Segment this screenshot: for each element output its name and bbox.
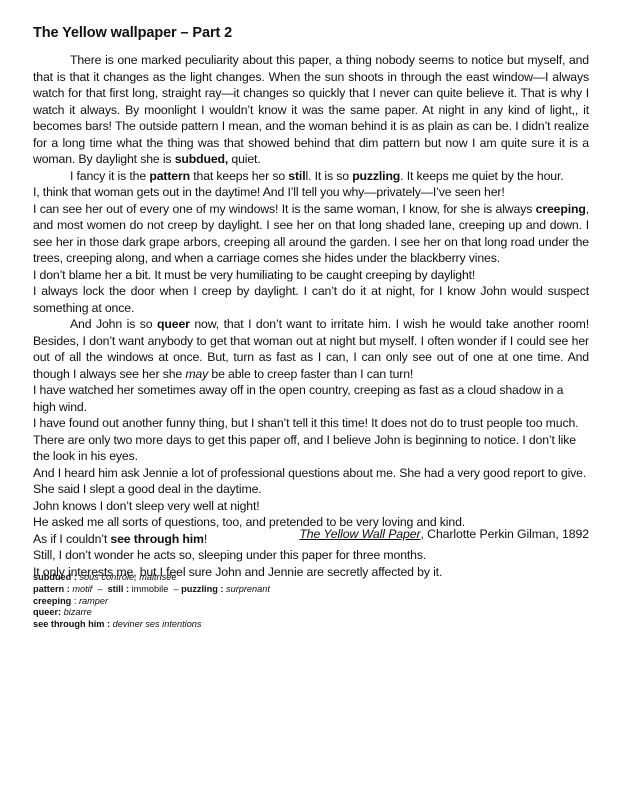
glossary-separator: – xyxy=(92,584,107,594)
document-title: The Yellow wallpaper – Part 2 xyxy=(33,24,589,42)
text-segment: . It keeps me quiet by the hour. xyxy=(400,169,563,183)
glossary-separator: immobile – xyxy=(132,584,182,594)
vocabulary-glossary: subdued : sous contrôle, maitriséepatter… xyxy=(33,572,270,631)
text-segment: quiet. xyxy=(228,152,260,166)
vocab-highlight: creeping xyxy=(536,202,586,216)
text-segment: be able to creep faster than I can turn! xyxy=(208,367,413,381)
glossary-term: subdued : xyxy=(33,572,79,582)
glossary-translation: sous contrôle, maitrisée xyxy=(79,572,176,582)
glossary-entry: creeping : ramper xyxy=(33,596,270,608)
text-segment: I always lock the door when I creep by d… xyxy=(33,284,589,315)
text-segment: l. It is so xyxy=(305,169,352,183)
paragraph: I, think that woman gets out in the dayt… xyxy=(33,184,589,201)
paragraph: I always lock the door when I creep by d… xyxy=(33,283,589,316)
glossary-translation: deviner ses intentions xyxy=(113,619,202,629)
document-page: The Yellow wallpaper – Part 2 There is o… xyxy=(33,24,589,580)
paragraph: And John is so queer now, that I don’t w… xyxy=(33,316,589,382)
vocab-highlight: queer xyxy=(157,317,190,331)
paragraph: John knows I don’t sleep very well at ni… xyxy=(33,498,589,515)
text-segment: that keeps her so xyxy=(190,169,288,183)
glossary-entry: queer: bizarre xyxy=(33,607,270,619)
paragraph: I can see her out of every one of my win… xyxy=(33,201,589,267)
paragraph: I have watched her sometimes away off in… xyxy=(33,382,589,415)
glossary-term: pattern : xyxy=(33,584,72,594)
paragraph: There is one marked peculiarity about th… xyxy=(33,52,589,168)
paragraph: I fancy it is the pattern that keeps her… xyxy=(33,168,589,185)
text-segment: I have found out another funny thing, bu… xyxy=(33,416,578,463)
glossary-entry: pattern : motif – still : immobile – puz… xyxy=(33,584,270,596)
paragraph: Still, I don’t wonder he acts so, sleepi… xyxy=(33,547,589,564)
glossary-translation: motif xyxy=(72,584,92,594)
vocab-highlight: stil xyxy=(288,169,305,183)
text-segment: I have watched her sometimes away off in… xyxy=(33,383,563,414)
glossary-term: queer: xyxy=(33,607,64,617)
glossary-entry: see through him : deviner ses intentions xyxy=(33,619,270,631)
vocab-highlight: puzzling xyxy=(352,169,400,183)
text-segment: I fancy it is the xyxy=(70,169,149,183)
paragraph: And I heard him ask Jennie a lot of prof… xyxy=(33,465,589,498)
text-segment: Still, I don’t wonder he acts so, sleepi… xyxy=(33,548,426,562)
text-segment: I, think that woman gets out in the dayt… xyxy=(33,185,505,199)
glossary-translation: surprenant xyxy=(226,584,270,594)
glossary-term: creeping xyxy=(33,596,71,606)
glossary-term: still : xyxy=(108,584,132,594)
text-segment: may xyxy=(185,367,208,381)
citation: The Yellow Wall Paper, Charlotte Perkin … xyxy=(33,527,589,541)
text-segment: And I heard him ask Jennie a lot of prof… xyxy=(33,466,586,497)
citation-work-title: The Yellow Wall Paper xyxy=(299,527,420,541)
glossary-term: puzzling : xyxy=(181,584,226,594)
glossary-separator: : xyxy=(71,596,79,606)
text-segment: There is one marked peculiarity about th… xyxy=(33,53,589,166)
vocab-highlight: subdued, xyxy=(175,152,228,166)
document-body: There is one marked peculiarity about th… xyxy=(33,52,589,580)
glossary-translation: ramper xyxy=(79,596,108,606)
text-segment: I can see her out of every one of my win… xyxy=(33,202,536,216)
text-segment: And John is so xyxy=(70,317,157,331)
paragraph: I have found out another funny thing, bu… xyxy=(33,415,589,465)
vocab-highlight: pattern xyxy=(149,169,190,183)
text-segment: I don’t blame her a bit. It must be very… xyxy=(33,268,475,282)
glossary-translation: bizarre xyxy=(64,607,92,617)
glossary-entry: subdued : sous contrôle, maitrisée xyxy=(33,572,270,584)
glossary-term: see through him : xyxy=(33,619,113,629)
citation-author-year: , Charlotte Perkin Gilman, 1892 xyxy=(421,527,589,541)
text-segment: John knows I don’t sleep very well at ni… xyxy=(33,499,259,513)
paragraph: I don’t blame her a bit. It must be very… xyxy=(33,267,589,284)
